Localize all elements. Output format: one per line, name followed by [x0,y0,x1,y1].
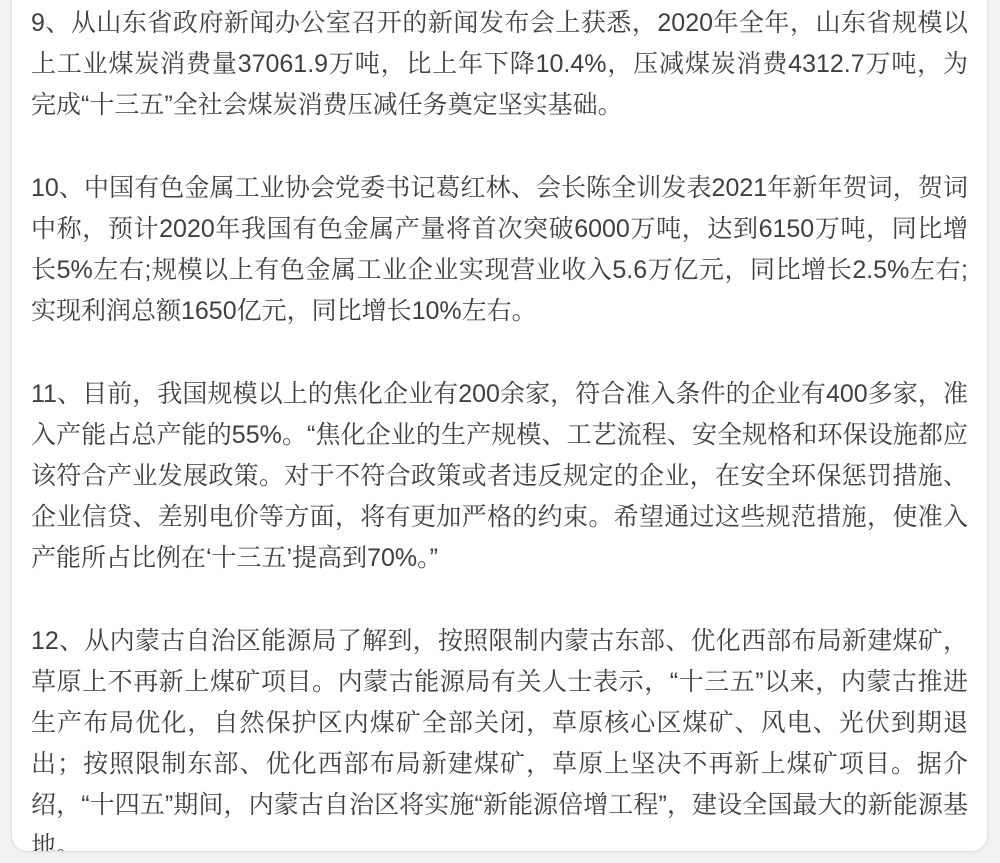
article-card: 9、从山东省政府新闻办公室召开的新闻发布会上获悉，2020年全年，山东省规模以上… [11,0,988,852]
paragraph-11: 11、目前，我国规模以上的焦化企业有200余家，符合准入条件的企业有400多家，… [31,374,968,579]
paragraph-12: 12、从内蒙古自治区能源局了解到，按照限制内蒙古东部、优化西部布局新建煤矿，草原… [31,621,968,852]
article-body: 9、从山东省政府新闻办公室召开的新闻发布会上获悉，2020年全年，山东省规模以上… [12,0,987,852]
paragraph-10: 10、中国有色金属工业协会党委书记葛红林、会长陈全训发表2021年新年贺词，贺词… [31,168,968,332]
paragraph-9: 9、从山东省政府新闻办公室召开的新闻发布会上获悉，2020年全年，山东省规模以上… [31,3,968,126]
